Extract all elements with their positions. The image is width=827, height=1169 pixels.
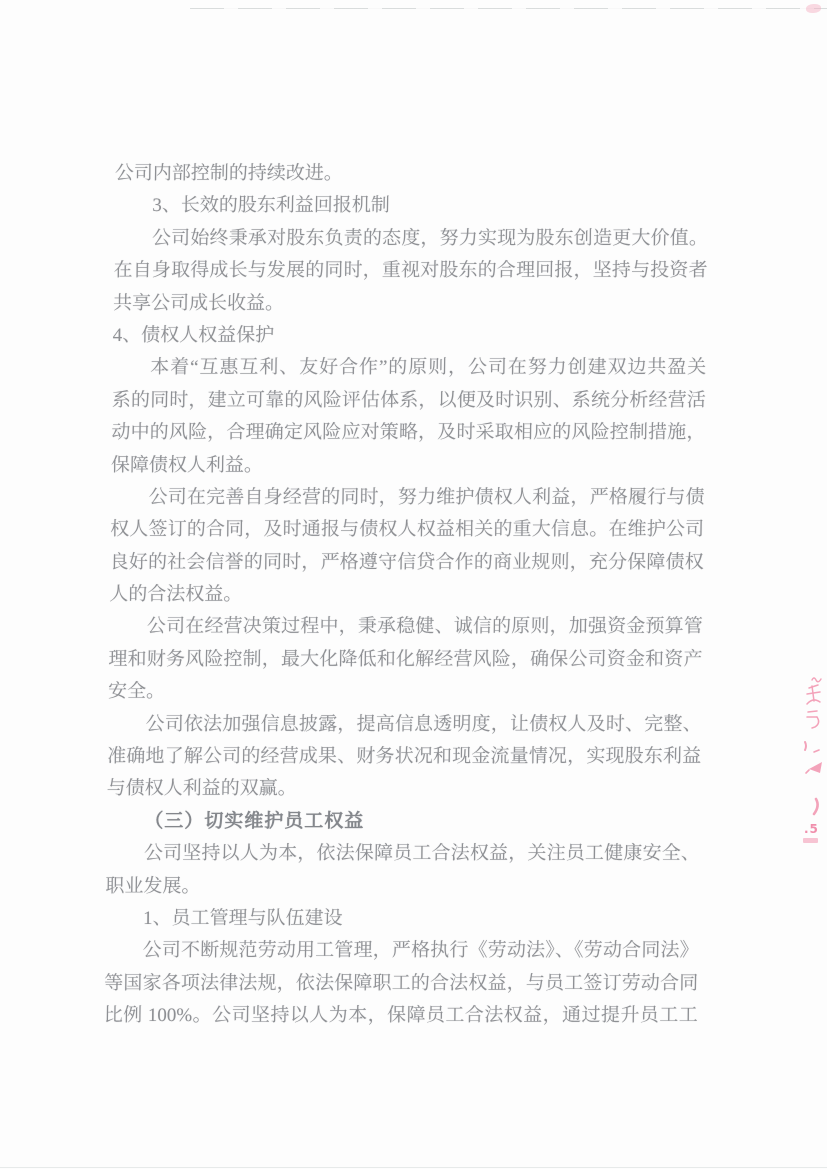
edge-note-text: .5	[804, 822, 819, 836]
heading-block: 4、债权人权益保护	[112, 320, 706, 352]
text-line: 安全。	[108, 676, 702, 708]
heading-block: 1、员工管理与队伍建设	[105, 903, 699, 935]
text-line: 公司内部控制的持续改进。	[115, 158, 709, 190]
text-line: 公司依法加强信息披露，提高信息透明度，让债权人及时、完整、	[107, 709, 701, 741]
red-ink-scribble-character-lower	[807, 711, 819, 728]
red-ink-arrow-blob	[809, 762, 822, 773]
text-line: 公司不断规范劳动用工管理，严格执行《劳动法》、《劳动合同法》	[104, 935, 698, 967]
paragraph-block: 本着“互惠互利、友好合作”的原则，公司在努力创建双边共盈关系的同时，建立可靠的风…	[111, 352, 707, 482]
red-ink-corner-smudge	[806, 4, 821, 13]
red-ink-comma-stroke	[814, 799, 818, 814]
text-line: 公司在经营决策过程中，秉承稳健、诚信的原则，加强资金预算管	[109, 611, 703, 643]
document-text: 公司内部控制的持续改进。3、长效的股东利益回报机制公司始终秉承对股东负责的态度，…	[104, 158, 709, 1033]
paragraph-block: 公司始终秉承对股东负责的态度，努力实现为股东创造更大价值。在自身取得成长与发展的…	[113, 223, 708, 320]
heading-block: 3、长效的股东利益回报机制	[114, 190, 708, 222]
paragraph-block: 公司内部控制的持续改进。	[115, 158, 709, 190]
text-line: 良好的社会信誉的同时，严格遵守信贷合作的商业规则，充分保障债权	[109, 547, 703, 579]
text-line: 等国家各项法律法规，依法保障职工的合法权益，与员工签订劳动合同	[104, 968, 698, 1000]
scan-edge-line-top	[190, 8, 827, 9]
red-ink-apostrophe-stroke	[805, 742, 806, 750]
text-line: 理和财务风险控制，最大化降低和化解经营风险，确保公司资金和资产	[108, 644, 702, 676]
text-line: 职业发展。	[105, 871, 699, 903]
red-ink-squiggle	[812, 678, 821, 682]
paragraph-block: 公司依法加强信息披露，提高信息透明度，让债权人及时、完整、准确地了解公司的经营成…	[107, 709, 702, 806]
red-ink-scribble-character-upper	[807, 685, 820, 704]
red-ink-margin-marks	[795, 668, 827, 848]
text-line: （三）切实维护员工权益	[106, 806, 700, 838]
text-line: 人的合法权益。	[109, 579, 703, 611]
text-line: 1、员工管理与队伍建设	[105, 903, 699, 935]
text-line: 权人签订的合同，及时通报与债权人权益相关的重大信息。在维护公司	[110, 514, 704, 546]
text-line: 公司始终秉承对股东负责的态度，努力实现为股东创造更大价值。	[114, 223, 708, 255]
text-line: 4、债权人权益保护	[112, 320, 706, 352]
text-line: 系的同时，建立可靠的风险评估体系，以便及时识别、系统分析经营活	[112, 385, 706, 417]
text-line: 公司在完善自身经营的同时，努力维护债权人利益，严格履行与债	[110, 482, 704, 514]
text-line: 比例 100%。公司坚持以人为本，保障员工合法权益，通过提升员工工作	[104, 1000, 698, 1032]
scanned-page: 公司内部控制的持续改进。3、长效的股东利益回报机制公司始终秉承对股东负责的态度，…	[0, 0, 827, 1169]
text-line: 公司坚持以人为本，依法保障员工合法权益，关注员工健康安全、	[106, 838, 700, 870]
text-line: 本着“互惠互利、友好合作”的原则，公司在努力创建双边共盈关	[112, 352, 706, 384]
paragraph-block: 公司在经营决策过程中，秉承稳健、诚信的原则，加强资金预算管理和财务风险控制，最大…	[108, 611, 703, 708]
text-line: 在自身取得成长与发展的同时，重视对股东的合理回报，坚持与投资者	[113, 255, 707, 287]
text-line: 3、长效的股东利益回报机制	[114, 190, 708, 222]
text-line: 准确地了解公司的经营成果、财务状况和现金流量情况，实现股东利益	[107, 741, 701, 773]
text-line: 共享公司成长收益。	[113, 288, 707, 320]
text-line: 保障债权人利益。	[111, 450, 705, 482]
scan-edge-line-bottom	[0, 1167, 827, 1168]
text-line: 与债权人利益的双赢。	[107, 773, 701, 805]
paragraph-block: 公司在完善自身经营的同时，努力维护债权人利益，严格履行与债权人签订的合同，及时通…	[109, 482, 705, 612]
text-line: 动中的风险，合理确定风险应对策略，及时采取相应的风险控制措施，	[111, 417, 705, 449]
red-ink-underline-bar	[803, 838, 818, 843]
paragraph-block: 公司不断规范劳动用工管理，严格执行《劳动法》、《劳动合同法》等国家各项法律法规，…	[104, 935, 699, 1032]
paragraph-block: 公司坚持以人为本，依法保障员工合法权益，关注员工健康安全、职业发展。	[105, 838, 700, 903]
red-ink-tick	[814, 750, 819, 752]
heading-block: （三）切实维护员工权益	[106, 806, 700, 838]
red-ink-arrow-tail	[806, 770, 809, 773]
